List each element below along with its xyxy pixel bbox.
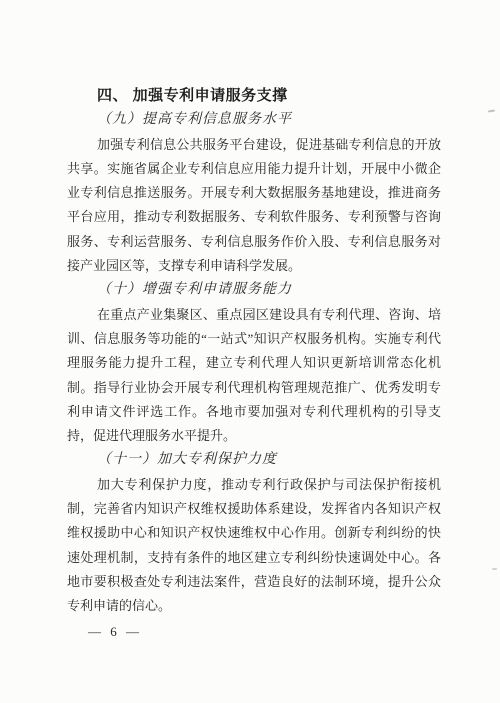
paragraph-patent-protection: 加大专利保护力度，推动专利行政保护与司法保护衔接机制，完善省内知识产权维权援助体… [67,473,441,619]
scan-artifact [488,110,495,113]
subheading-item-10: （十）增强专利申请服务能力 [67,278,441,302]
document-content: 四、 加强专利申请服务支撑 （九）提高专利信息服务水平 加强专利信息公共服务平台… [67,84,441,619]
document-page: 四、 加强专利申请服务支撑 （九）提高专利信息服务水平 加强专利信息公共服务平台… [0,0,500,703]
subheading-item-11: （十一）加大专利保护力度 [67,448,441,472]
section-heading: 四、 加强专利申请服务支撑 [67,84,441,108]
paragraph-patent-info-service: 加强专利信息公共服务平台建设，促进基础专利信息的开放共享。实施省属企业专利信息应… [67,133,441,279]
page-number: — 6 — [88,624,142,640]
scan-artifact [492,568,497,570]
subheading-item-9: （九）提高专利信息服务水平 [67,108,441,132]
paragraph-application-service: 在重点产业集聚区、重点园区建设具有专利代理、咨询、培训、信息服务等功能的“一站式… [67,303,441,449]
